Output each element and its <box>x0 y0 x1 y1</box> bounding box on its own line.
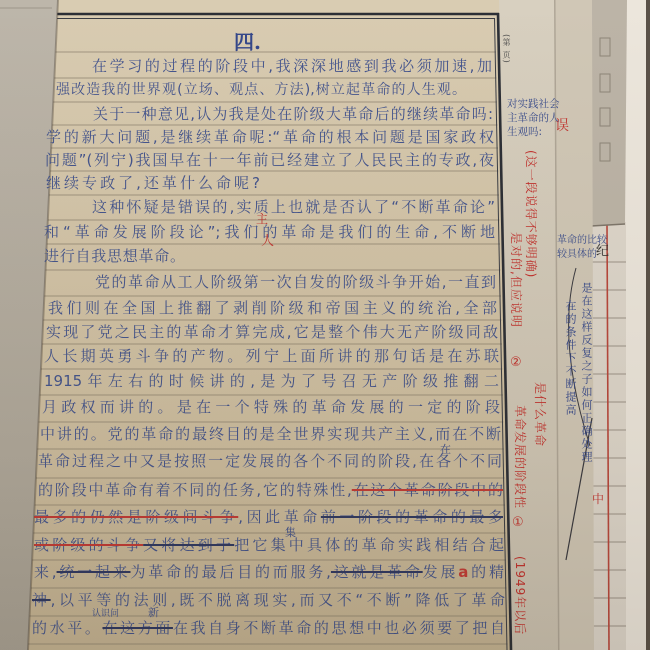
text-segment: 继续专政了,还革什么命呢? <box>46 174 260 192</box>
text-segment: 学的新大问题,是继续革命呢:“革命的根本问题是国家政权 <box>46 128 494 146</box>
strip-red-char: 中 <box>592 490 604 507</box>
struck-text-red: 或阶级的斗争 <box>34 536 143 554</box>
margin-note-blue: 生观吗: <box>507 125 542 139</box>
text-segment: 1915年左右的时候讲的,是为了号召无产阶级推翻二 <box>44 372 499 390</box>
text-line-2: 强改造我的世界观(立场、观点、方法),树立起革命的人生观。 <box>56 78 466 102</box>
circled-number-1: ① <box>512 515 524 530</box>
blue-insertion: 在 <box>440 441 451 457</box>
text-line-21: 来,统一起来为革命的最后目的而服务,这就是革命发展a的精 <box>34 560 504 584</box>
manuscript-photo: (第 页) 四. 在学习的过程的阶段中,我深深地感到我必须加速,加 强改造我的世… <box>0 0 650 650</box>
text-segment: 革命过程之中又是按照一定发展的各个不同的阶段,在各个不同 <box>38 452 502 470</box>
text-segment: 的水平。 <box>32 619 102 637</box>
text-line-14: 1915年左右的时候讲的,是为了号召无产阶级推翻二 <box>44 369 499 393</box>
text-segment: 在学习的过程的阶段中,我深深地感到我必须加速,加 <box>92 57 492 75</box>
text-segment: 问题”(列宁)我国早在十一年前已经建立了人民民主的专政,夜 <box>45 151 494 169</box>
text-line-3: 关于一种意见,认为我是处在阶级大革命后的继续革命吗: <box>93 102 493 126</box>
text-segment: 进行自我思想革命。 <box>44 247 185 265</box>
text-line-11: 我们则在全国上推翻了剥削阶级和帝国主义的统治,全部 <box>48 296 497 320</box>
section-heading: 四. <box>234 26 261 55</box>
text-segment: 关于一种意见,认为我是处在阶级大革命后的继续革命吗: <box>93 105 493 123</box>
text-segment: 为革命的最后目的而服务, <box>131 563 331 581</box>
red-insertion-char: 主 <box>256 210 268 227</box>
text-line-1: 在学习的过程的阶段中,我深深地感到我必须加速,加 <box>92 54 492 78</box>
struck-text-blue: 又将达到于 <box>143 536 234 554</box>
red-correction-mark: a <box>458 563 468 581</box>
red-insertion-caret: 人 <box>261 230 274 249</box>
struck-text-blue: 这就是革命 <box>331 563 423 581</box>
blue-insertion: 新 <box>148 604 159 620</box>
text-segment: 中讲的。党的革命的最终目的是全世界实现共产主义,而在不断 <box>40 425 501 443</box>
text-segment: 在我自身不断革命的思想中也必须要了把自 <box>173 619 505 637</box>
circled-number-2: ② <box>510 355 522 370</box>
margin-note-blue: 对实践社会 <box>507 97 560 111</box>
margin-red-mark: 误 <box>555 115 569 135</box>
strip-column-blue: 是在这样反复之子如何正确处理 <box>578 282 594 464</box>
text-line-5: 问题”(列宁)我国早在十一年前已经建立了人民民主的专政,夜 <box>45 148 494 172</box>
text-line-9: 进行自我思想革命。 <box>44 244 185 268</box>
margin-note-red: 是什么革命 <box>532 382 549 447</box>
underlying-ruled-page <box>590 222 626 650</box>
text-line-23: 的水平。在这方面在我自身不断革命的思想中也必须要了把自 <box>32 616 505 640</box>
struck-text-blue: 在这方面 <box>102 619 172 637</box>
text-line-7: 这种怀疑是错误的,实质上也就是否认了“不断革命论” <box>92 195 495 219</box>
text-line-10: 党的革命从工人阶级第一次自发的阶级斗争开始,一直到 <box>95 270 496 294</box>
text-line-18: 的阶段中革命有着不同的任务,它的特殊性,在这个革命阶段中的 <box>38 478 503 502</box>
text-line-15: 月政权而讲的。是在一个特殊的革命发展的一定的阶段 <box>42 395 500 419</box>
blue-insertion: 认识问 <box>92 606 119 619</box>
text-line-16: 中讲的。党的革命的最终目的是全世界实现共产主义,而在不断 <box>40 422 501 446</box>
text-segment: 把它集中具体的革命实践相结合起 <box>234 536 504 554</box>
struck-text-blue: 统一起来 <box>57 563 131 581</box>
text-segment: 的阶段中革命有着不同的任务,它的特殊性, <box>38 481 352 499</box>
text-line-13: 人长期英勇斗争的产物。列宁上面所讲的那句话是在苏联 <box>44 344 499 368</box>
text-segment: 这种怀疑是错误的,实质上也就是否认了“不断革命论” <box>92 198 495 216</box>
struck-text-red: 最多的仍然是阶级间斗争 <box>34 508 238 526</box>
struck-text-blue: 前一阶段的革命的最多 <box>321 508 503 526</box>
text-segment: 人长期英勇斗争的产物。列宁上面所讲的那句话是在苏联 <box>44 347 499 365</box>
text-line-12: 实现了党之民主的革命才算完成,它是整个伟大无产阶级同敌 <box>46 320 498 344</box>
strip-note-blue: 较具体的 <box>557 248 597 261</box>
strip-column-blue: 在的条件下不断提高 <box>562 300 578 417</box>
margin-note-blue: 主革命的人 <box>507 111 560 125</box>
text-segment: ,因此革命 <box>238 508 321 526</box>
text-segment: 强改造我的世界观(立场、观点、方法),树立起革命的人生观。 <box>56 82 466 98</box>
text-line-17: 革命过程之中又是按照一定发展的各个不同的阶段,在各个不同 <box>38 449 502 473</box>
text-line-6: 继续专政了,还革什么命呢? <box>46 171 260 195</box>
text-segment: 来, <box>34 563 57 581</box>
text-segment: 我们则在全国上推翻了剥削阶级和帝国主义的统治,全部 <box>48 299 497 317</box>
gray-page-edge <box>590 0 627 226</box>
underlying-page-char: 纪 <box>596 240 609 259</box>
margin-note-red: 是对的,但应说明 <box>508 232 525 328</box>
text-line-20: 或阶级的斗争又将达到于把它集中具体的革命实践相结合起 <box>34 533 504 557</box>
text-segment: 实现了党之民主的革命才算完成,它是整个伟大无产阶级同敌 <box>46 323 498 341</box>
margin-note-red: 革命发展的阶段性 <box>512 405 529 509</box>
margin-note-red: (这一段说得不够明确) <box>523 150 540 278</box>
text-line-4: 学的新大问题,是继续革命呢:“革命的根本问题是国家政权 <box>46 125 494 149</box>
text-segment: 党的革命从工人阶级第一次自发的阶级斗争开始,一直到 <box>95 273 496 291</box>
text-segment: 发展 <box>423 563 459 581</box>
text-segment: 月政权而讲的。是在一个特殊的革命发展的一定的阶段 <box>42 398 500 416</box>
margin-note-red: (1949年以后 <box>512 556 529 635</box>
page-number-label: (第 页) <box>502 34 512 64</box>
struck-text-red: 在这个革命阶段中的 <box>352 481 503 499</box>
struck-text-blue: 神 <box>32 591 51 609</box>
text-segment: 的精 <box>468 563 504 581</box>
text-line-19: 最多的仍然是阶级间斗争,因此革命前一阶段的革命的最多 <box>34 505 503 529</box>
blue-insertion: 集 <box>285 524 296 540</box>
